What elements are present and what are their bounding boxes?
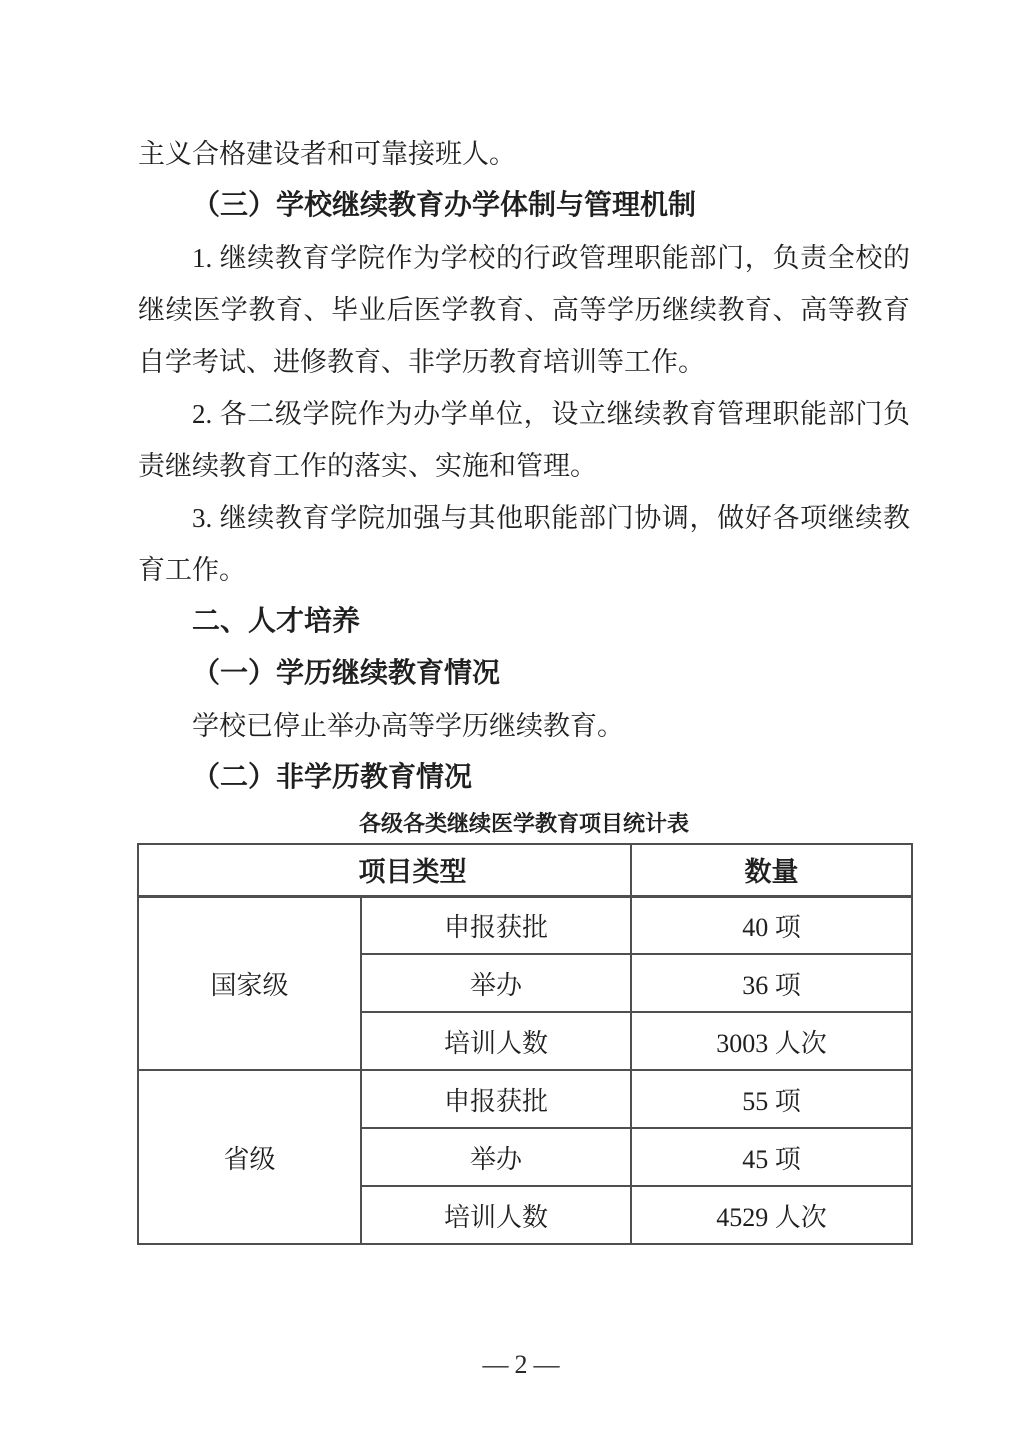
table-title: 各级各类继续医学教育项目统计表 xyxy=(137,804,911,843)
paragraph-item-1-line-1: 1. 继续教育学院作为学校的行政管理职能部门，负责全校的 xyxy=(138,232,910,284)
row-label: 举办 xyxy=(361,954,631,1012)
paragraph-degree-education-status: 学校已停止举办高等学历继续教育。 xyxy=(138,700,910,752)
heading-section-3-management: （三）学校继续教育办学体制与管理机制 xyxy=(138,180,910,232)
paragraph-item-2-line-2: 责继续教育工作的落实、实施和管理。 xyxy=(138,440,910,492)
page-number: —2— xyxy=(138,1350,910,1380)
row-value: 40 项 xyxy=(631,896,912,954)
table-row: 省级 申报获批 55 项 xyxy=(138,1070,912,1128)
paragraph-item-1-line-3: 自学考试、进修教育、非学历教育培训等工作。 xyxy=(138,336,910,388)
group-level-national: 国家级 xyxy=(138,896,361,1070)
heading-subsection-2-non-degree-education: （二）非学历教育情况 xyxy=(138,752,910,804)
paragraph-item-3-line-1: 3. 继续教育学院加强与其他职能部门协调，做好各项继续教 xyxy=(138,492,910,544)
table-row: 国家级 申报获批 40 项 xyxy=(138,896,912,954)
heading-subsection-1-degree-education: （一）学历继续教育情况 xyxy=(138,648,910,700)
paragraph-item-1-line-2: 继续医学教育、毕业后医学教育、高等学历继续教育、高等教育 xyxy=(138,284,910,336)
statistics-table: 项目类型 数量 国家级 申报获批 40 项 举办 36 项 培训人数 3003 … xyxy=(137,843,913,1245)
group-level-provincial: 省级 xyxy=(138,1070,361,1244)
paragraph-continuation-line: 主义合格建设者和可靠接班人。 xyxy=(138,128,910,180)
heading-section-2-talent-cultivation: 二、人才培养 xyxy=(138,596,910,648)
document-page: 主义合格建设者和可靠接班人。 （三）学校继续教育办学体制与管理机制 1. 继续教… xyxy=(0,0,1024,1448)
paragraph-item-3-line-2: 育工作。 xyxy=(138,544,910,596)
row-value: 55 项 xyxy=(631,1070,912,1128)
row-label: 申报获批 xyxy=(361,896,631,954)
row-label: 申报获批 xyxy=(361,1070,631,1128)
column-header-project-type: 项目类型 xyxy=(138,844,631,896)
document-body: 主义合格建设者和可靠接班人。 （三）学校继续教育办学体制与管理机制 1. 继续教… xyxy=(138,128,910,1245)
row-label: 培训人数 xyxy=(361,1012,631,1070)
row-label: 培训人数 xyxy=(361,1186,631,1244)
row-value: 36 项 xyxy=(631,954,912,1012)
row-value: 4529 人次 xyxy=(631,1186,912,1244)
column-header-quantity: 数量 xyxy=(631,844,912,896)
row-value: 45 项 xyxy=(631,1128,912,1186)
row-label: 举办 xyxy=(361,1128,631,1186)
row-value: 3003 人次 xyxy=(631,1012,912,1070)
table-header-row: 项目类型 数量 xyxy=(138,844,912,896)
paragraph-item-2-line-1: 2. 各二级学院作为办学单位，设立继续教育管理职能部门负 xyxy=(138,388,910,440)
